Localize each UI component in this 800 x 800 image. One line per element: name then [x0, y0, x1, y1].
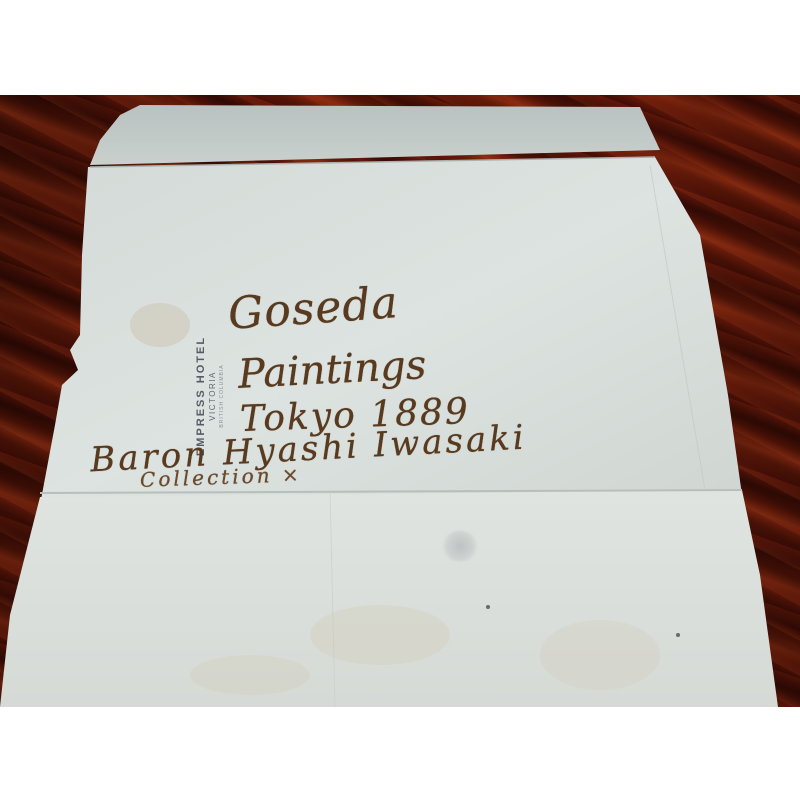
embossed-seal-icon [442, 530, 478, 562]
handwriting-subject: Paintings [237, 342, 427, 398]
envelope-flap [90, 105, 660, 165]
photo: EMPRESS HOTEL VICTORIA BRITISH COLUMBIA … [0, 95, 800, 707]
envelope-lower [0, 490, 778, 707]
